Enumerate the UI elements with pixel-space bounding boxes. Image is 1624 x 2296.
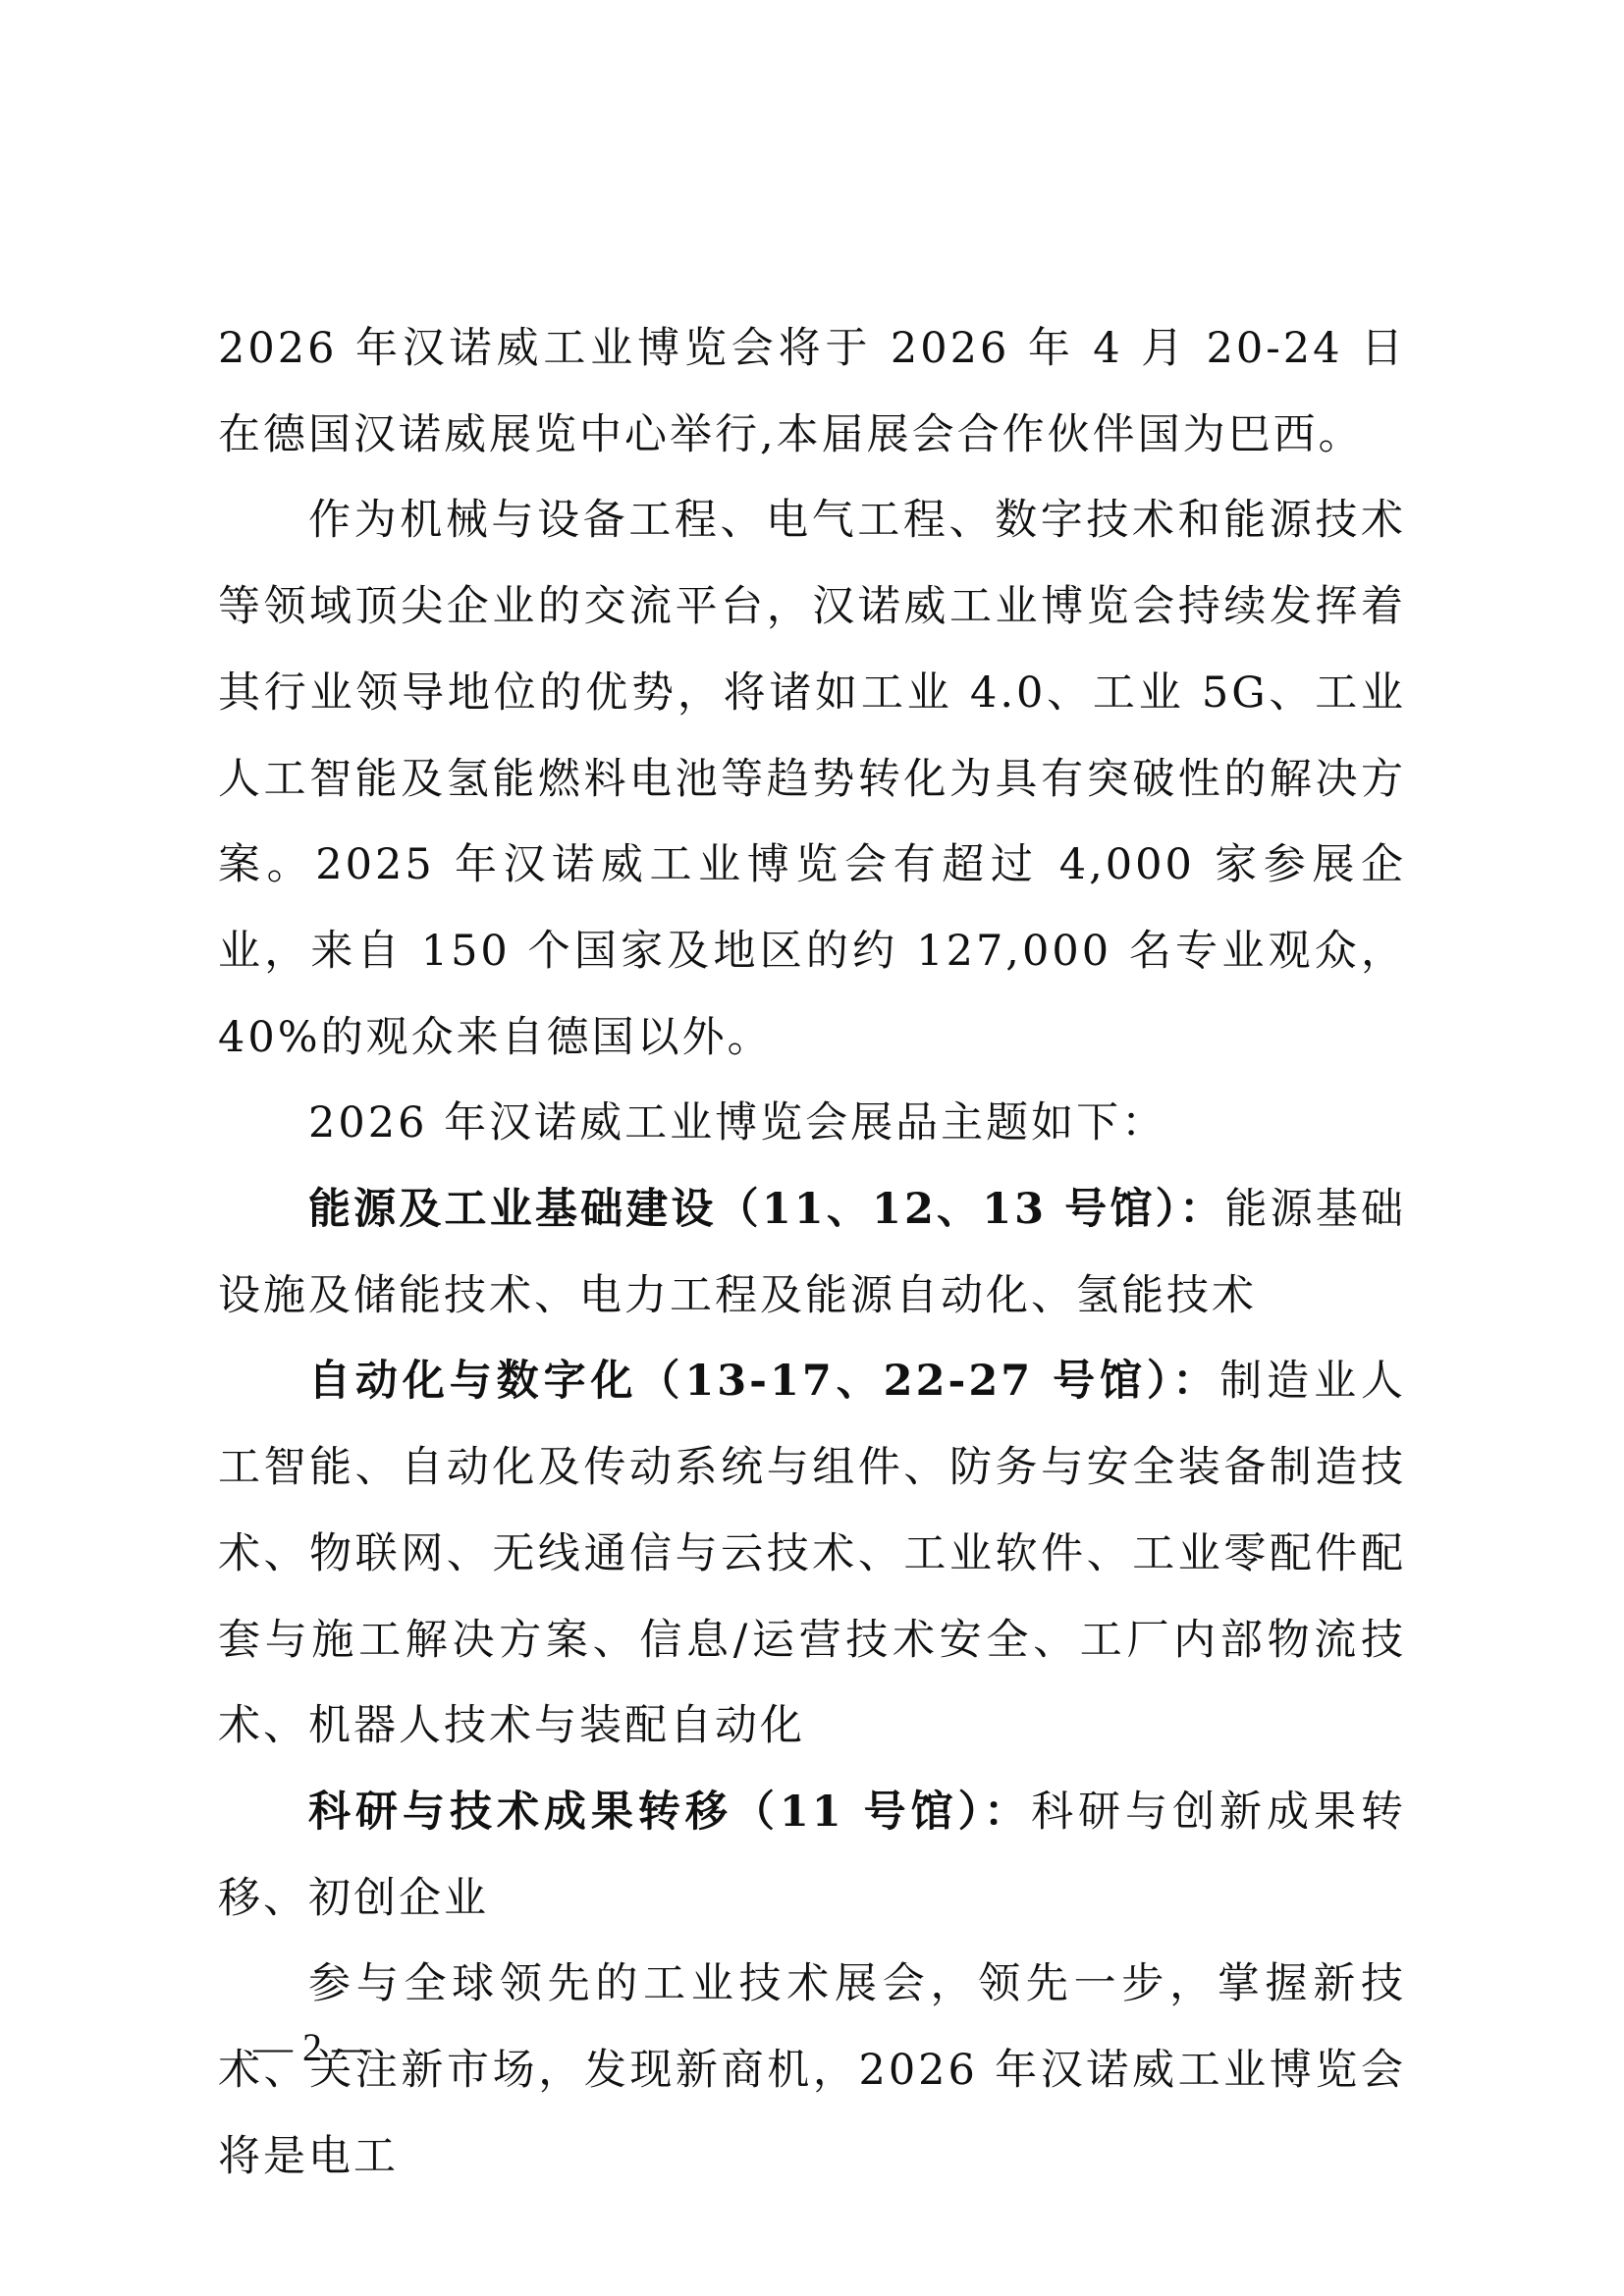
paragraph-theme-research: 科研与技术成果转移（11 号馆）：科研与创新成果转移、初创企业: [218, 1770, 1406, 1942]
paragraph-text: 2026 年汉诺威工业博览会展品主题如下：: [308, 1098, 1166, 1148]
theme-text: 制造业人工智能、自动化及传动系统与组件、防务与安全装备制造技术、物联网、无线通信…: [218, 1357, 1406, 1750]
paragraph-theme-automation: 自动化与数字化（13-17、22-27 号馆）：制造业人工智能、自动化及传动系统…: [218, 1339, 1406, 1770]
paragraph-platform: 作为机械与设备工程、电气工程、数字技术和能源技术等领域顶尖企业的交流平台，汉诺威…: [218, 478, 1406, 1081]
document-body: 2026 年汉诺威工业博览会将于 2026 年 4 月 20-24 日在德国汉诺…: [218, 306, 1406, 2200]
paragraph-text: 作为机械与设备工程、电气工程、数字技术和能源技术等领域顶尖企业的交流平台，汉诺威…: [218, 496, 1406, 1061]
paragraph-text: 参与全球领先的工业技术展会，领先一步，掌握新技术、关注新市场，发现新商机，202…: [218, 1959, 1406, 2180]
paragraph-closing: 参与全球领先的工业技术展会，领先一步，掌握新技术、关注新市场，发现新商机，202…: [218, 1942, 1406, 2200]
theme-heading: 能源及工业基础建设（11、12、13 号馆）：: [308, 1185, 1224, 1234]
theme-heading: 自动化与数字化（13-17、22-27 号馆）：: [308, 1357, 1219, 1406]
paragraph-themes-intro: 2026 年汉诺威工业博览会展品主题如下：: [218, 1081, 1406, 1167]
paragraph-text: 2026 年汉诺威工业博览会将于 2026 年 4 月 20-24 日在德国汉诺…: [218, 324, 1406, 459]
paragraph-theme-energy: 能源及工业基础建设（11、12、13 号馆）：能源基础设施及储能技术、电力工程及…: [218, 1167, 1406, 1339]
page-number: — 2 —: [253, 2024, 371, 2070]
paragraph-intro: 2026 年汉诺威工业博览会将于 2026 年 4 月 20-24 日在德国汉诺…: [218, 306, 1406, 478]
theme-heading: 科研与技术成果转移（11 号馆）：: [308, 1788, 1031, 1837]
